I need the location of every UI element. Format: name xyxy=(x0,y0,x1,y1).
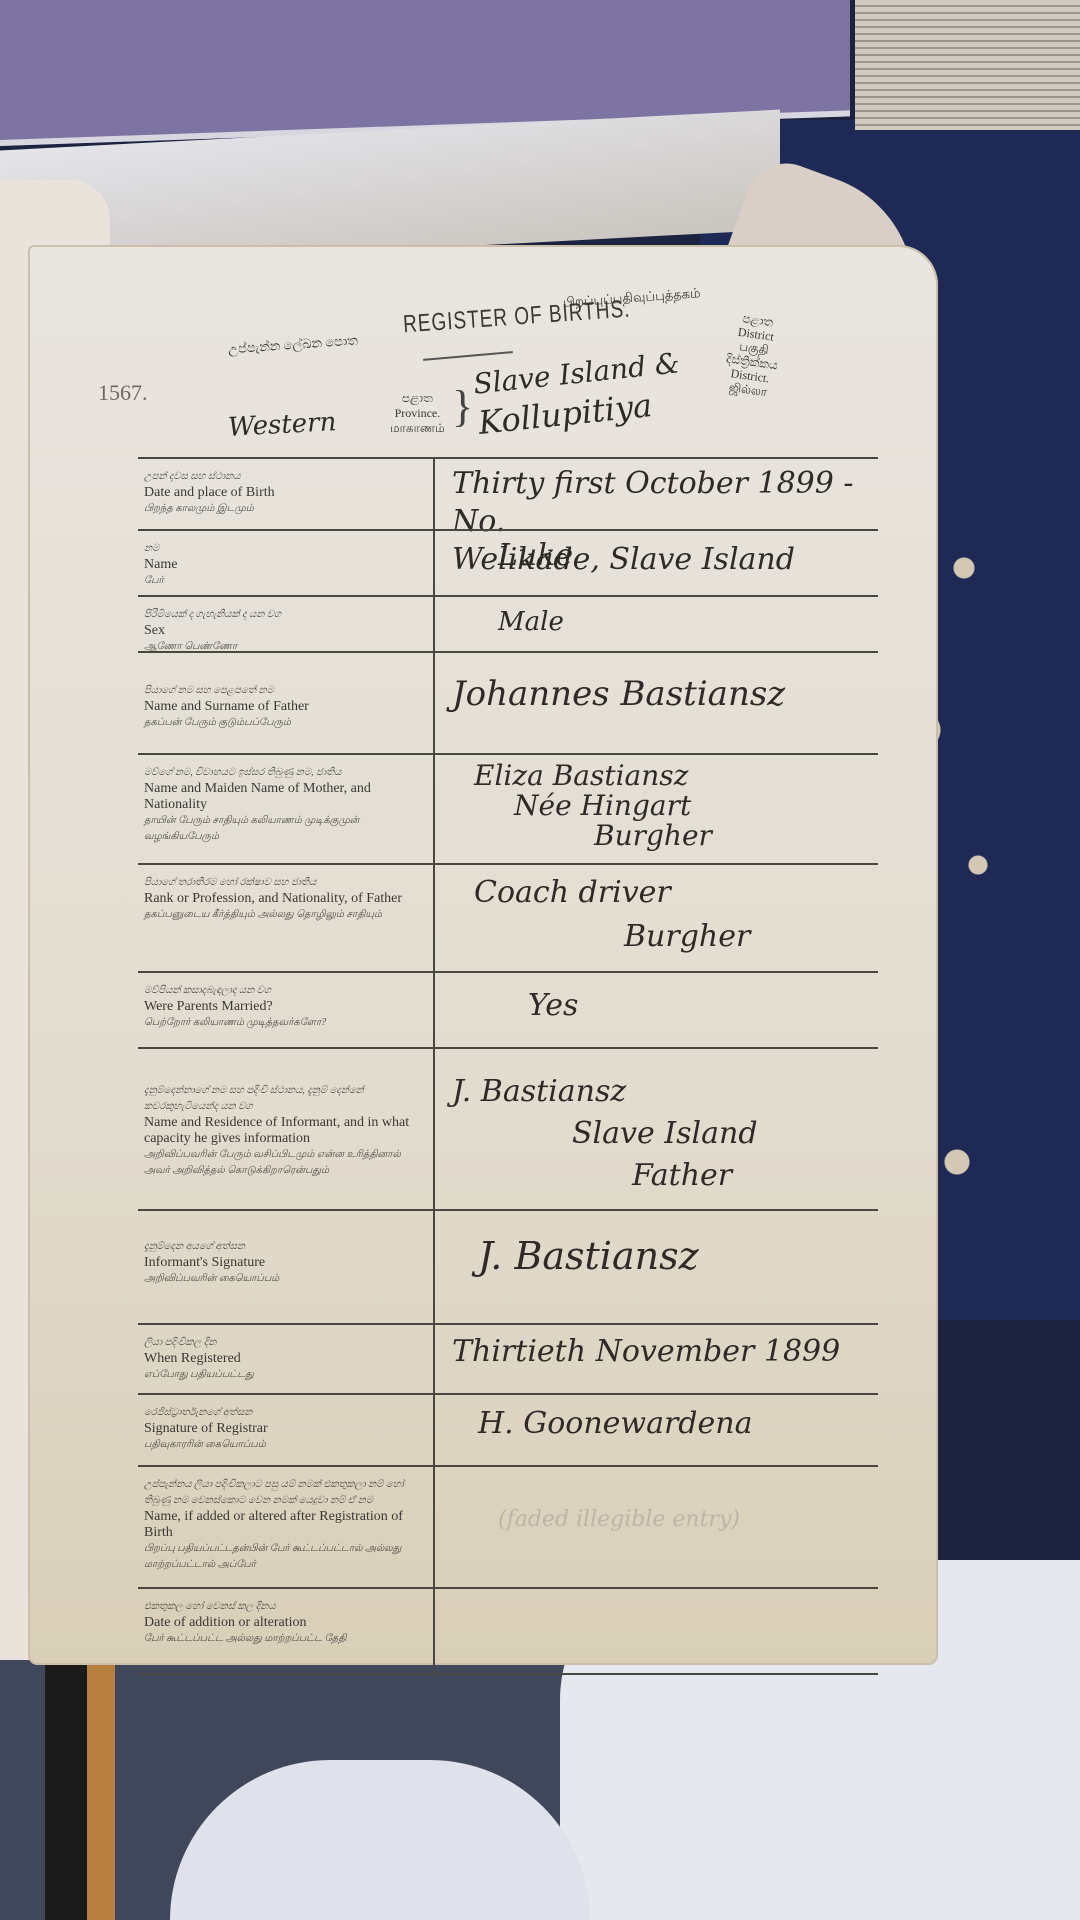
name-altered-value: (faded illegible entry) xyxy=(438,1467,878,1587)
paper-stack xyxy=(855,0,1080,130)
district-label: පළාත District பகுதி දිස්ත්‍රික්කය Distri… xyxy=(717,309,788,401)
register-page: උප්පැන්න ලේඛන පොත REGISTER OF BIRTHS. பி… xyxy=(28,245,938,1665)
father-name-value: Johannes Bastiansz xyxy=(438,653,878,753)
name-value: Luke xyxy=(438,531,878,595)
mother-name-value: Eliza BastianszNée HingartBurgher xyxy=(438,755,878,863)
father-profession-value: Coach driverBurgher xyxy=(438,865,878,971)
date-altered-value xyxy=(438,1589,878,1673)
row-date-place-of-birth: උපන් දවස සහ ස්ථානයDate and place of Birt… xyxy=(138,457,878,529)
row-when-registered: ලියා පදිංචිකල දිනWhen Registeredஎப்போது … xyxy=(138,1323,878,1393)
row-father-profession: පියාගේ තරාතිරම හෝ රක්ෂාව සහ ජාතියRank or… xyxy=(138,863,878,971)
registrar-signature-value: H. Goonewardena xyxy=(438,1395,878,1465)
wooden-edge xyxy=(45,1660,115,1920)
row-date-altered: එකතුකල හෝ වෙනස් කල දිනයDate of addition … xyxy=(138,1587,878,1675)
district-value: Western xyxy=(227,407,337,443)
row-informant: දැනුම්දෙන්නාගේ නම සහ පදිංචි ස්ථානය, දැනු… xyxy=(138,1047,878,1209)
ornament-divider xyxy=(423,351,513,361)
province-label: පළාත Province. மாகாணம் xyxy=(390,391,445,436)
entry-number: 1567. xyxy=(98,380,148,406)
row-name: නමNameபேர் Luke xyxy=(138,529,878,595)
row-informant-signature: දැනුම්දෙන අයගේ අත්සනInformant's Signatur… xyxy=(138,1209,878,1323)
row-sex: පිරිමියෙක් ද ගැහැනියක් ද යන වගSexஆணோ பெண… xyxy=(138,595,878,651)
parents-married-value: Yes xyxy=(438,973,878,1047)
sex-value: Male xyxy=(438,597,878,651)
header-sinhala-title: උප්පැන්න ලේඛන පොත xyxy=(228,332,359,357)
row-father-name: පියාගේ නම සහ පෙළපතේ නමName and Surname o… xyxy=(138,651,878,753)
informant-signature-value: J. Bastiansz xyxy=(438,1211,878,1323)
header-tamil-title: பிறப்புப்பதிவுப்புத்தகம் xyxy=(563,285,701,312)
row-mother-name: මව්ගේ නම, විවාහයට ඉස්සර තිබුණු නම, ජාතිය… xyxy=(138,753,878,863)
when-registered-value: Thirtieth November 1899 xyxy=(438,1325,878,1393)
date-place-of-birth-value: Thirty first October 1899 - No.Welikade,… xyxy=(438,459,878,529)
register-form-table: උපන් දවස සහ ස්ථානයDate and place of Birt… xyxy=(138,457,878,1675)
informant-value: J. BastianszSlave IslandFather xyxy=(438,1049,878,1209)
row-name-altered: උප්පැන්නය ලියා පදිංචිකලාට පසු යම් නමක් එ… xyxy=(138,1465,878,1587)
row-registrar-signature: රෙජිස්ට්‍රාර්තැනගේ අත්සනSignature of Reg… xyxy=(138,1393,878,1465)
row-parents-married: මව්පියන් කසාදබැඳලාද යන වගWere Parents Ma… xyxy=(138,971,878,1047)
brace: } xyxy=(452,385,473,429)
